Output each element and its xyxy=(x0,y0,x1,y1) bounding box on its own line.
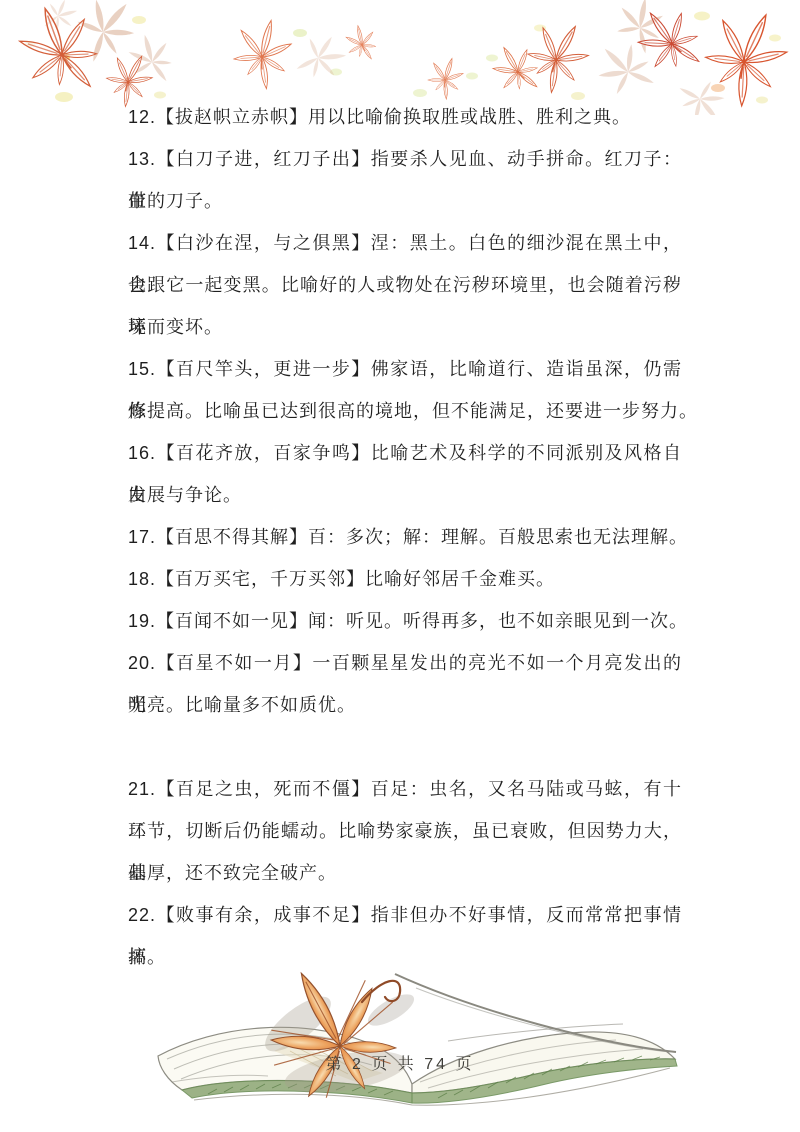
idiom-line: 20.【百星不如一月】一百颗星星发出的亮光不如一个月亮发出的光 xyxy=(128,642,682,684)
idiom-line: 12.【拔赵帜立赤帜】用以比喻偷换取胜或战胜、胜利之典。 xyxy=(128,96,682,138)
open-book-illustration xyxy=(148,952,688,1132)
idiom-list: 12.【拔赵帜立赤帜】用以比喻偷换取胜或战胜、胜利之典。 13.【白刀子进，红刀… xyxy=(128,96,682,978)
maple-leaf-cluster-midleft xyxy=(227,14,379,94)
maple-leaf-icon xyxy=(227,14,297,94)
idiom-line: 础厚，还不致完全破产。 xyxy=(128,852,682,894)
maple-leaf-icon xyxy=(485,37,547,102)
speckle xyxy=(132,16,146,24)
idiom-item-22: 22.【败事有余，成事不足】指非但办不好事情，反而常常把事情搞 坏。 xyxy=(128,894,682,978)
idiom-line: 16.【百花齐放，百家争鸣】比喻艺术及科学的不同派别及风格自由 xyxy=(128,432,682,474)
speckle xyxy=(486,55,498,62)
idiom-line: 环节，切断后仍能蠕动。比喻势家豪族，虽已衰败，但因势力大，基 xyxy=(128,810,682,852)
speckle xyxy=(711,84,725,92)
speckle xyxy=(466,73,478,80)
maple-leaf-icon xyxy=(515,12,599,101)
idiom-line: 血的刀子。 xyxy=(128,180,682,222)
idiom-line: 19.【百闻不如一见】闻：听见。听得再多，也不如亲眼见到一次。 xyxy=(128,600,682,642)
maple-leaf-icon xyxy=(343,23,379,64)
idiom-item-14: 14.【白沙在涅，与之俱黑】涅：黑土。白色的细沙混在黑土中，也 会跟它一起变黑。… xyxy=(128,222,682,348)
idiom-line: 炼提高。比喻虽已达到很高的境地，但不能满足，还要进一步努力。 xyxy=(128,390,682,432)
idiom-item-12: 12.【拔赵帜立赤帜】用以比喻偷换取胜或战胜、胜利之典。 xyxy=(128,96,682,138)
idiom-item-19: 19.【百闻不如一见】闻：听见。听得再多，也不如亲眼见到一次。 xyxy=(128,600,682,642)
document-page: 12.【拔赵帜立赤帜】用以比喻偷换取胜或战胜、胜利之典。 13.【白刀子进，红刀… xyxy=(0,0,800,1132)
page-number: 第 2 页 共 74 页 xyxy=(0,1051,800,1074)
speckle xyxy=(55,92,73,102)
idiom-line: 21.【百足之虫，死而不僵】百足：虫名，又名马陆或马蚿，有十二 xyxy=(128,768,682,810)
idiom-item-16: 16.【百花齐放，百家争鸣】比喻艺术及科学的不同派别及风格自由 发展与争论。 xyxy=(128,432,682,516)
idiom-item-21: 21.【百足之虫，死而不僵】百足：虫名，又名马陆或马蚿，有十二 环节，切断后仍能… xyxy=(128,768,682,894)
idiom-line: 13.【白刀子进，红刀子出】指要杀人见血、动手拼命。红刀子：带 xyxy=(128,138,682,180)
idiom-line: 坏。 xyxy=(128,936,682,978)
idiom-item-13: 13.【白刀子进，红刀子出】指要杀人见血、动手拼命。红刀子：带 血的刀子。 xyxy=(128,138,682,222)
idiom-item-18: 18.【百万买宅，千万买邻】比喻好邻居千金难买。 xyxy=(128,558,682,600)
idiom-line: 境而变坏。 xyxy=(128,306,682,348)
paragraph-gap xyxy=(128,726,682,768)
speckle xyxy=(694,12,710,21)
idiom-line: 17.【百思不得其解】百：多次；解：理解。百般思索也无法理解。 xyxy=(128,516,682,558)
idiom-item-20: 20.【百星不如一月】一百颗星星发出的亮光不如一个月亮发出的光 明亮。比喻量多不… xyxy=(128,642,682,726)
idiom-line: 14.【白沙在涅，与之俱黑】涅：黑土。白色的细沙混在黑土中，也 xyxy=(128,222,682,264)
speckle xyxy=(756,97,768,104)
idiom-line: 22.【败事有余，成事不足】指非但办不好事情，反而常常把事情搞 xyxy=(128,894,682,936)
idiom-line: 会跟它一起变黑。比喻好的人或物处在污秽环境里，也会随着污秽环 xyxy=(128,264,682,306)
maple-leaf-cluster-midright xyxy=(485,12,599,103)
idiom-line: 明亮。比喻量多不如质优。 xyxy=(128,684,682,726)
idiom-item-15: 15.【百尺竿头，更进一步】佛家语，比喻道行、造诣虽深，仍需修 炼提高。比喻虽已… xyxy=(128,348,682,432)
speckle xyxy=(293,29,307,37)
idiom-line: 15.【百尺竿头，更进一步】佛家语，比喻道行、造诣虽深，仍需修 xyxy=(128,348,682,390)
speckle xyxy=(769,35,781,42)
idiom-item-17: 17.【百思不得其解】百：多次；解：理解。百般思索也无法理解。 xyxy=(128,516,682,558)
idiom-line: 发展与争论。 xyxy=(128,474,682,516)
idiom-line: 18.【百万买宅，千万买邻】比喻好邻居千金难买。 xyxy=(128,558,682,600)
